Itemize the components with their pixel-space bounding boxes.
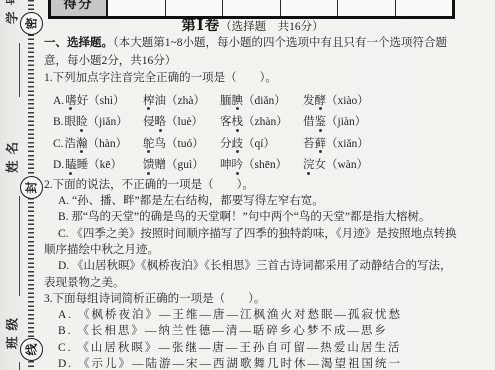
q1-option-item: B.眼睑（jiǎn） <box>53 112 143 134</box>
score-empty-cells <box>108 0 452 16</box>
seal-char: 封 <box>23 181 40 193</box>
dotted-character: 嗜 <box>65 95 77 107</box>
section-intro-text: （本大题第1~8小题，每小题的四个选项中有且只有一个选项符合题 <box>113 37 447 49</box>
question-1-stem: 1.下列加点字注音完全正确的一项是（ ）。 <box>44 70 461 88</box>
student-name-field-label: 姓名 <box>7 135 20 175</box>
q1-option-item: D.瞌睡（kē） <box>53 155 143 177</box>
q3-option-line: C. 《山居秋暝》—张继—唐—王孙自可留—热爱山居生活 <box>44 340 461 356</box>
dotted-character: 榨 <box>143 95 155 107</box>
q1-option-item: 馈赠（guì） <box>143 155 220 177</box>
score-table-empty-cell <box>338 0 396 16</box>
q2-option-line: C. 《四季之美》按照时间顺序描写了四季的独特韵味，《月迹》是按照地点转换 <box>44 226 461 242</box>
dotted-character: 略 <box>155 116 167 128</box>
q3-option-line: A. 《枫桥夜泊》—王维—唐—江枫渔火对愁眠—孤寂忧愁 <box>44 307 461 323</box>
student-id-field-label: 学号 <box>7 0 20 26</box>
dotted-character: 睑 <box>76 116 88 128</box>
q1-option-item: 发酵（xiào） <box>303 91 461 113</box>
q1-option-item: C.浩瀚（hàn） <box>53 134 143 156</box>
score-table-empty-cell <box>108 0 166 16</box>
q2-option-line: 表现景物之美。 <box>44 275 461 291</box>
dotted-character: 浣 <box>303 159 315 171</box>
q2-options: A. “孙、播、畔”都是左右结构，都要写得左窄右宽。B. 那“鸟的天堂”的确是鸟… <box>44 193 461 291</box>
q1-option-item: 腼腆（diǎn） <box>220 91 303 113</box>
score-table: 得分 <box>48 0 455 19</box>
q2-option-line: A. “孙、播、畔”都是左右结构，都要写得左窄右宽。 <box>44 193 461 209</box>
q3-option-line: B. 《长相思》—纳兰性德—清—聒碎乡心梦不成—思乡 <box>44 323 461 339</box>
dotted-character: 馈 <box>143 159 155 171</box>
section-intro-line-1: 一、选择题。（本大题第1~8小题，每小题的四个选项中有且只有一个选项符合题 <box>44 35 461 53</box>
seal-stamp-xian: 线 <box>20 338 43 361</box>
score-table-empty-cell <box>166 0 224 16</box>
q1-option-item: 苔藓（xiǎn） <box>303 134 461 156</box>
q1-option-label: A. <box>53 95 64 107</box>
dotted-character: 瀚 <box>76 138 88 150</box>
q3-options: A. 《枫桥夜泊》—王维—唐—江枫渔火对愁眠—孤寂忧愁B. 《长相思》—纳兰性德… <box>44 307 461 370</box>
score-table-empty-cell <box>396 0 453 16</box>
q1-option-item: 客栈（zhàn） <box>220 112 303 134</box>
student-id-blank-line <box>19 43 20 97</box>
question-3-stem: 3.下面每组诗词简析正确的一项是（ ）。 <box>44 291 461 307</box>
q1-option-item: 分歧（qí） <box>220 134 303 156</box>
q1-option-item: 呻吟（shēn） <box>220 155 303 177</box>
section-title: 第Ⅰ卷（选择题 共16分） <box>44 18 461 35</box>
seal-stamp-feng: 封 <box>20 176 43 199</box>
score-table-empty-cell <box>281 0 339 16</box>
question-2-stem: 2.下面的说法，不正确的一项是（ ）。 <box>44 177 461 193</box>
seal-char: 密 <box>23 17 40 29</box>
score-table-empty-cell <box>223 0 281 16</box>
section-intro-line-2: 意，每小题2分，共16分） <box>44 53 461 71</box>
dotted-character: 吟 <box>232 159 244 171</box>
section-intro-lead: 一、选择题。 <box>44 37 113 49</box>
dotted-character: 栈 <box>232 116 244 128</box>
volume-title: 第Ⅰ卷 <box>181 18 220 34</box>
dotted-character: 歧 <box>232 138 244 150</box>
dotted-character: 藓 <box>315 138 327 150</box>
q1-options: A.嗜好（shì）榨油（zhà）腼腆（diǎn）发酵（xiào）B.眼睑（jiǎ… <box>44 91 461 177</box>
q1-option-item: 榨油（zhà） <box>143 91 220 113</box>
volume-subtitle: （选择题 共16分） <box>220 21 324 33</box>
q1-option-item: 借鉴（jiàn） <box>303 112 461 134</box>
question-2-block: 2.下面的说法，不正确的一项是（ ）。 A. “孙、播、畔”都是左右结构，都要写… <box>44 177 461 370</box>
q1-option-item: A.嗜好（shì） <box>53 91 143 113</box>
student-name-blank-line <box>19 196 20 296</box>
q1-option-item: 鸵鸟（tuó） <box>143 134 220 156</box>
q2-option-line: D. 《山居秋暝》《枫桥夜泊》《长相思》三首古诗词都采用了动静结合的写法， <box>44 258 461 274</box>
dotted-character: 酵 <box>315 95 327 107</box>
exam-content: 第Ⅰ卷（选择题 共16分） 一、选择题。（本大题第1~8小题，每小题的四个选项中… <box>44 18 461 370</box>
dotted-character: 鸵 <box>143 138 155 150</box>
student-class-field-label: 班级 <box>7 311 20 351</box>
dotted-character: 腆 <box>232 95 244 107</box>
q3-option-line: D. 《示儿》—陆游—宋—西湖歌舞几时休—渴望祖国统一 <box>44 356 461 370</box>
q2-option-line: 顺序描绘中秋之月迹。 <box>44 242 461 258</box>
q1-option-label: C. <box>53 138 64 150</box>
q1-option-row: B.眼睑（jiǎn）侵略（luè）客栈（zhàn）借鉴（jiàn） <box>44 112 461 134</box>
student-class-blank-line <box>19 362 20 370</box>
q1-option-item: 侵略（luè） <box>143 112 220 134</box>
q1-option-label: D. <box>53 159 64 171</box>
score-label-cell: 得分 <box>51 0 108 16</box>
q2-option-line: B. 那“鸟的天堂”的确是鸟的天堂啊！”句中两个“鸟的天堂”都是指大榕树。 <box>44 209 461 225</box>
seal-char: 线 <box>23 343 40 355</box>
q1-option-label: B. <box>53 116 64 128</box>
dotted-character: 鉴 <box>315 116 327 128</box>
q1-option-row: A.嗜好（shì）榨油（zhà）腼腆（diǎn）发酵（xiào） <box>44 91 461 113</box>
q1-option-row: C.浩瀚（hàn）鸵鸟（tuó）分歧（qí）苔藓（xiǎn） <box>44 134 461 156</box>
dotted-character: 瞌 <box>65 159 77 171</box>
q1-option-row: D.瞌睡（kē）馈赠（guì）呻吟（shēn）浣女（wàn） <box>44 155 461 177</box>
q1-option-item: 浣女（wàn） <box>303 155 461 177</box>
seal-stamp-mi: 密 <box>20 12 43 35</box>
